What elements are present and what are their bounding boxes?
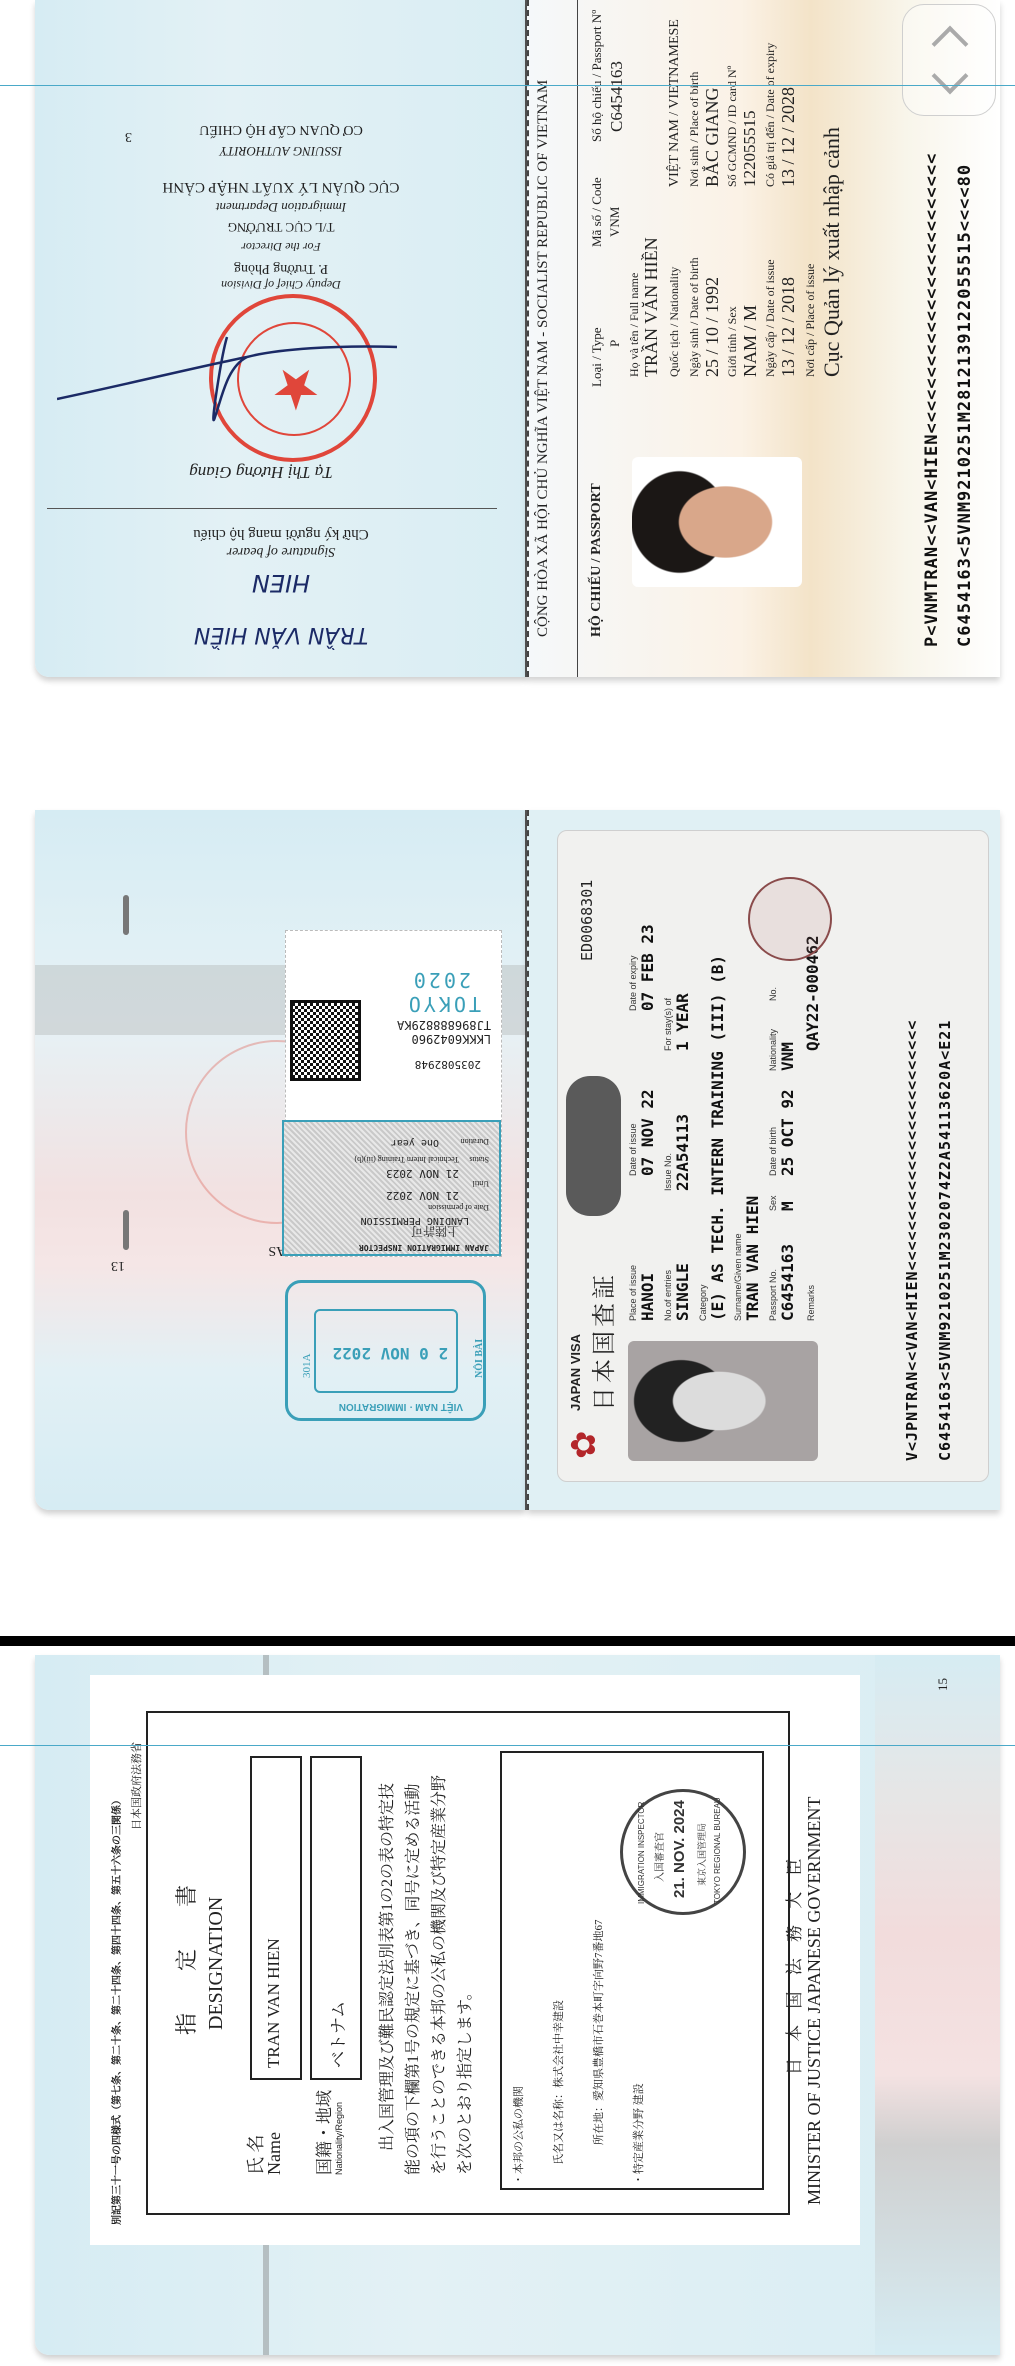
code-value: VNM [607, 207, 623, 237]
doi-value: 13 / 12 / 2018 [778, 277, 799, 377]
title-jp: 指 定 書 [170, 1875, 201, 2035]
nationality-value: VIỆT NAM / VIETNAMESE [667, 19, 683, 187]
sticker-serial: 2035082948 [415, 1058, 481, 1071]
sticker-title-en: LANDING PERMISSION [361, 1215, 469, 1226]
stay-label: For stay(s) of [663, 998, 673, 1051]
passport-no-label: Passport No. [768, 1269, 778, 1321]
name-label: Surname/Given name [733, 1233, 743, 1321]
stamp-top: IMMIGRATION INSPECTOR [637, 1802, 646, 1904]
entries-label: No.of entries [663, 1270, 673, 1321]
passport-no-value: C6454163 [607, 61, 627, 132]
sex-label: Giới tính / Sex [725, 306, 740, 377]
permission-date: 21 NOV 2022 [386, 1189, 459, 1202]
duration-value: One year [391, 1137, 439, 1148]
sex-label: Sex [768, 1195, 778, 1211]
stamp-date: 2 0 NOV 2022 [332, 1344, 448, 1363]
minister-jp: 日 本 国 法 務 大 臣 [780, 1853, 805, 2076]
stamp-bottom-jp: 東京入国管理局 [695, 1823, 708, 1886]
department-vi: CỤC QUẢN LÝ XUẤT NHẬP CẢNH [35, 178, 527, 195]
poi-value: Cục Quản lý xuất nhập cảnh [819, 127, 845, 377]
stamp-bottom: TOKYO REGIONAL BUREAU [713, 1797, 722, 1904]
security-emblem [566, 1076, 621, 1216]
pob-value: BẮC GIANG [702, 87, 723, 187]
nationality-label-jp: 国籍・地域 [310, 2090, 335, 2175]
mrz-line-2: C6454163<5VNM9210251M2812139122055515<<<… [955, 164, 975, 647]
stamp-date: 21. NOV. 2024 [671, 1800, 688, 1898]
bearer-signature-label-en: Signature of bearer [35, 543, 527, 559]
title-en: DESIGNATION [205, 1897, 228, 2030]
remarks-label: Remarks [806, 1285, 816, 1321]
separator-bar [0, 1636, 1015, 1646]
bearer-signature-2: TRẦN VĂN HIỀN [35, 622, 527, 647]
nationality-value: ベトナム [324, 2001, 349, 2068]
date-of-expiry: 07 FEB 23 [638, 924, 657, 1011]
bearer-signature-1: HIEN [35, 569, 527, 597]
date-of-issue: 07 NOV 22 [638, 1089, 657, 1176]
place-of-issue: HANOI [638, 1273, 657, 1321]
stamp-port: NỘI BÀI [474, 1339, 485, 1378]
stamp-top-jp: 入国審査官 [651, 1832, 666, 1882]
holder-photo [628, 1341, 818, 1461]
type-label: Loại / Type [589, 327, 605, 387]
visa-left-page: 13 THỊ THỰC — VISAS JAPAN IMMIGRATION IN… [35, 810, 525, 1510]
id-value: 122055515 [740, 111, 760, 188]
document-title: HỘ CHIẾU / PASSPORT [589, 483, 605, 637]
name-label-en: Name [264, 2132, 285, 2175]
name-value: TRAN VAN HIEN [264, 1938, 284, 2068]
category-label: Category [698, 1284, 708, 1321]
stamp-agency: VIỆT NAM · IMMIGRATION [339, 1401, 463, 1412]
director-vi: T/L CỤC TRƯỞNG [35, 219, 527, 235]
duration-label: Duration [461, 1137, 489, 1146]
exit-stamp: VIỆT NAM · IMMIGRATION 2 0 NOV 2022 301A… [285, 1280, 486, 1421]
designation-sheet: 別記第三十一号の四様式（第七条、第二十条、第二十四条、第四十四条、第五十六条の三… [90, 1675, 860, 2245]
org-name: 氏名又は名称：株式会社中幸建設 [550, 2000, 566, 2165]
deputy-en: Deputy Chief of Division [35, 277, 527, 292]
color-band [875, 1655, 1000, 2355]
scan-line [0, 1745, 1015, 1746]
holder-name: TRAN VAN HIEN [743, 1196, 762, 1321]
until-date: 21 NOV 2023 [386, 1167, 459, 1180]
pob-label: Nơi sinh / Place of birth [687, 72, 702, 187]
qr-code [290, 1000, 361, 1081]
immigration-stamp: IMMIGRATION INSPECTOR 入国審査官 21. NOV. 202… [620, 1789, 746, 1915]
ministry-jp: 日本国政府法務省 [128, 1742, 144, 1830]
japan-visa-sticker: ✿ JAPAN VISA 日本国査証 ED0068301 Place of is… [557, 830, 989, 1482]
sticker-code-1: LKKK6042960 [412, 1032, 491, 1046]
director-en: For the Director [35, 239, 527, 254]
chevron-down-icon[interactable] [932, 58, 969, 95]
dob-value: 25 / 10 / 1992 [702, 277, 723, 377]
nationality-field: ベトナム [310, 1756, 362, 2080]
scan-line [0, 85, 1015, 86]
landing-permission-sticker: JAPAN IMMIGRATION INSPECTOR 上陸許可 LANDING… [285, 930, 502, 1257]
passport-signature-page: 3 CƠ QUAN CẤP HỘ CHIẾU ISSUING AUTHORITY… [35, 0, 527, 677]
dob-label: Ngày sinh / Date of birth [687, 257, 702, 377]
type-value: P [607, 340, 623, 347]
industry-field: ・特定産業分野 建設 [630, 2083, 646, 2185]
category: (E) AS TECH. INTERN TRAINING (III) (B) [708, 955, 727, 1321]
doi-label: Ngày cấp / Date of issue [763, 259, 778, 377]
issue-no-label: Issue No. [663, 1153, 673, 1191]
sticker-city: TOKYO [406, 992, 481, 1016]
nationality-label: Nationality [768, 1029, 778, 1071]
entries: SINGLE [673, 1263, 692, 1321]
visa-header-jp: 日本国査証 [584, 1271, 619, 1411]
date-of-issue-label: Date of issue [628, 1123, 638, 1176]
stamp-code: 301A [301, 1354, 313, 1378]
visa-mrz-line-1: V<JPNTRAN<<VAN<HIEN<<<<<<<<<<<<<<<<<<<<<… [903, 1020, 921, 1461]
stay: 1 YEAR [673, 993, 692, 1051]
mofa-seal [748, 877, 832, 961]
official-name: Tạ Thị Hương Giang [35, 462, 507, 482]
poi-label: Nơi cấp / Place of issue [803, 264, 818, 377]
until-label: Until [473, 1179, 489, 1188]
issuing-authority-vi: CƠ QUAN CẤP HỘ CHIẾU [35, 121, 527, 137]
designation-page: 別記第三十一号の四様式（第七条、第二十条、第二十四条、第四十四条、第五十六条の三… [35, 1655, 1000, 2355]
sakura-icon: ✿ [568, 1431, 602, 1460]
passport-no-label: Số hộ chiếu / Passport Nº [589, 10, 605, 142]
visa-page: ✿ JAPAN VISA 日本国査証 ED0068301 Place of is… [527, 810, 1000, 1510]
issue-no: 22A54113 [673, 1114, 692, 1191]
date-of-expiry-label: Date of expiry [628, 955, 638, 1011]
department-en: Immigration Department [35, 199, 527, 215]
country-header: CỘNG HÒA XÃ HỘI CHỦ NGHĨA VIỆT NAM - SOC… [535, 80, 552, 637]
status-value: Technical Intern Training (iii)(b) [354, 1155, 459, 1164]
full-name-value: TRẦN VĂN HIỀN [641, 237, 662, 377]
org-address: 所在地：愛知県豊橋市石巻本町字向野7番地67 [590, 1920, 606, 2146]
id-label: Số GCMND / ID card Nº [725, 66, 740, 187]
status-label: Status [469, 1155, 489, 1164]
bearer-signature-label-vi: Chữ ký người mang hộ chiếu [35, 525, 527, 542]
visa-number: ED0068301 [578, 880, 596, 961]
page-number: 13 [111, 1257, 125, 1273]
no-label: No. [768, 987, 778, 1001]
permission-date-label: Date of permission [428, 1203, 489, 1212]
dob: 25 OCT 92 [778, 1089, 797, 1176]
visa-mrz-line-2: C6454163<5VNM9210251M2302074Z2A54113620A… [936, 1020, 954, 1461]
nationality-label: Quốc tịch / Nationality [667, 267, 682, 377]
sex: M [778, 1201, 797, 1211]
page-navigation-overlay[interactable] [902, 4, 996, 116]
org-heading: ・本邦の公私の機関 [510, 2086, 526, 2185]
perforation [527, 810, 529, 1510]
nationality-label-en: Nationality/Region [334, 2102, 344, 2175]
dob-label: Date of birth [768, 1127, 778, 1176]
designation-body-text: 出入国管理及び難民認定法別表第1の2の表の特定技能の項の下欄第1号の規定に基づき… [375, 1775, 479, 2175]
nationality: VNM [778, 1042, 797, 1071]
sticker-year: 2020 [411, 968, 471, 992]
code-label: Mã số / Code [589, 177, 605, 247]
issuing-authority-en: ISSUING AUTHORITY [35, 143, 527, 159]
full-name-label: Họ và tên / Full name [627, 273, 642, 377]
visa-header-en: JAPAN VISA [568, 1334, 583, 1411]
sticker-footer: JAPAN IMMIGRATION INSPECTOR [359, 1243, 489, 1252]
doe-value: 13 / 12 / 2028 [778, 87, 799, 187]
place-of-issue-label: Place of issue [628, 1265, 638, 1321]
deputy-vi: P. Trưởng Phòng [35, 260, 527, 276]
minister-en: MINISTER OF JUSTICE JAPANESE GOVERNMENT [804, 1797, 825, 2205]
holder-photo [632, 457, 802, 587]
sticker-code-2: TJ896888829KA [397, 1018, 491, 1032]
mrz-line-1: P<VNMTRAN<<VAN<HIEN<<<<<<<<<<<<<<<<<<<<<… [922, 153, 942, 647]
form-reference: 別記第三十一号の四様式（第七条、第二十条、第二十四条、第四十四条、第五十六条の三… [108, 1795, 123, 2225]
page-number: 15 [935, 1678, 951, 1691]
divider-line [47, 508, 497, 509]
name-field: TRAN VAN HIEN [250, 1756, 302, 2080]
passport-no: C6454163 [778, 1244, 797, 1321]
sex-value: NAM / M [740, 305, 761, 377]
doe-label: Có giá trị đến / Date of expiry [763, 43, 778, 187]
